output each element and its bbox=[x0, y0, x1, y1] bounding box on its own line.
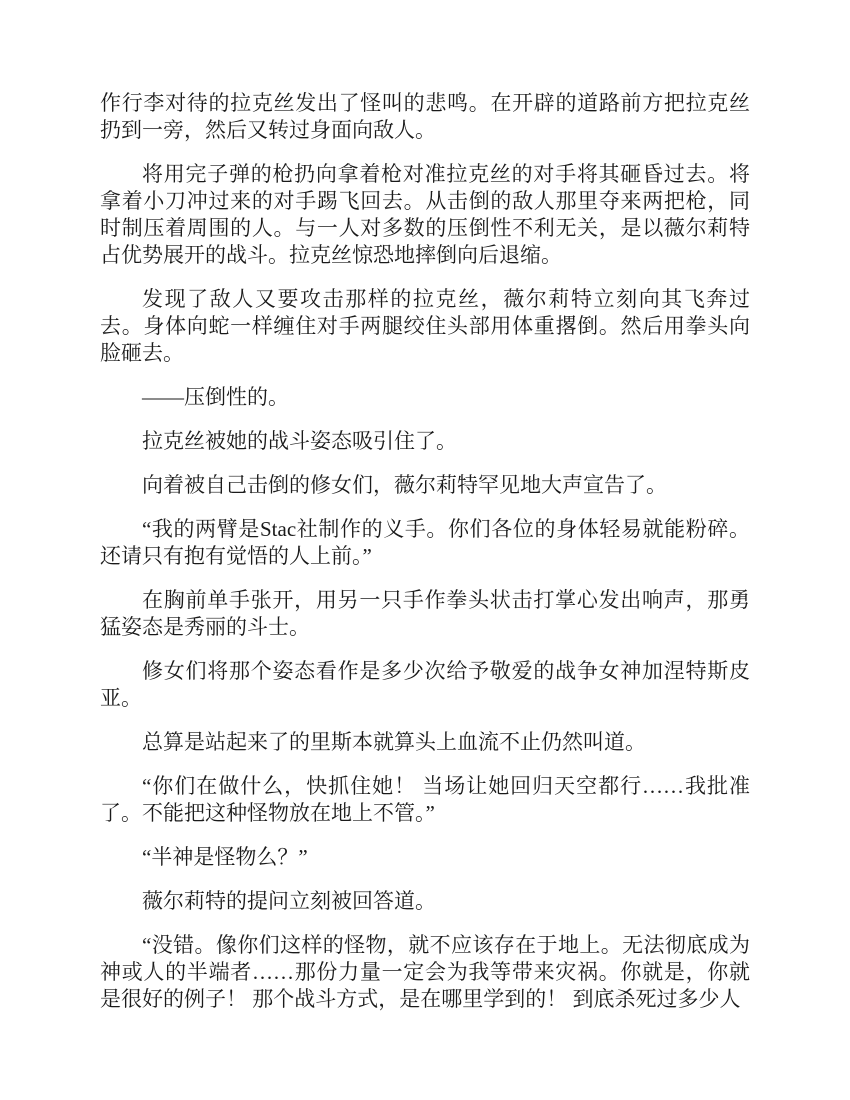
paragraph: 修女们将那个姿态看作是多少次给予敬爱的战争女神加涅特斯皮亚。 bbox=[100, 658, 750, 712]
paragraph: 发现了敌人又要攻击那样的拉克丝，薇尔莉特立刻向其飞奔过去。身体向蛇一样缠住对手两… bbox=[100, 286, 750, 367]
paragraph: 作行李对待的拉克丝发出了怪叫的悲鸣。在开辟的道路前方把拉克丝扔到一旁，然后又转过… bbox=[100, 90, 750, 144]
paragraph: 总算是站起来了的里斯本就算头上血流不止仍然叫道。 bbox=[100, 729, 750, 756]
paragraph: 薇尔莉特的提问立刻被回答道。 bbox=[100, 888, 750, 915]
paragraph: 将用完子弹的枪扔向拿着枪对准拉克丝的对手将其砸昏过去。将拿着小刀冲过来的对手踢飞… bbox=[100, 161, 750, 269]
document-page: 作行李对待的拉克丝发出了怪叫的悲鸣。在开辟的道路前方把拉克丝扔到一旁，然后又转过… bbox=[100, 0, 750, 1013]
paragraph: “你们在做什么，快抓住她！ 当场让她回归天空都行……我批准了。不能把这种怪物放在… bbox=[100, 773, 750, 827]
paragraph: “半神是怪物么？” bbox=[100, 844, 750, 871]
paragraph: “我的两臂是Stac社制作的义手。你们各位的身体轻易就能粉碎。还请只有抱有觉悟的… bbox=[100, 516, 750, 570]
paragraph: 向着被自己击倒的修女们，薇尔莉特罕见地大声宣告了。 bbox=[100, 472, 750, 499]
paragraph: 拉克丝被她的战斗姿态吸引住了。 bbox=[100, 428, 750, 455]
paragraph: “没错。像你们这样的怪物，就不应该存在于地上。无法彻底成为神或人的半端者……那份… bbox=[100, 932, 750, 1013]
paragraph: 在胸前单手张开，用另一只手作拳头状击打掌心发出响声，那勇猛姿态是秀丽的斗士。 bbox=[100, 587, 750, 641]
paragraph: ——压倒性的。 bbox=[100, 384, 750, 411]
